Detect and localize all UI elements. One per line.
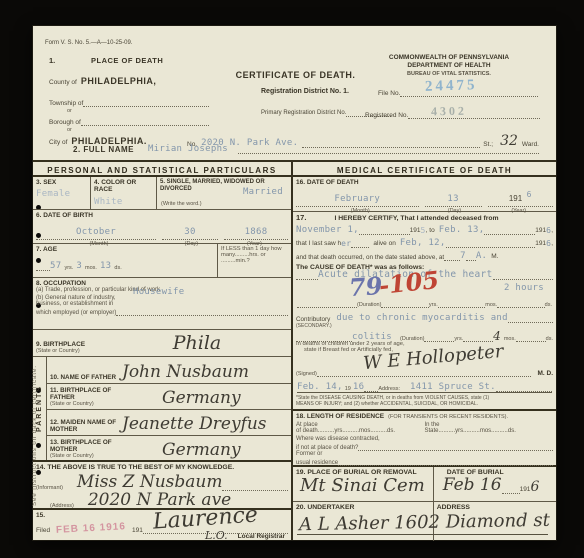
to-word: , to: [426, 227, 435, 234]
father-name-label: 10. NAME OF FATHER: [50, 374, 122, 381]
less-than-one-day-note: If LESS than 1 day how many.........hrs.…: [217, 244, 291, 277]
parents-vertical-label: PARENTS: [36, 385, 43, 432]
or-word: or: [67, 127, 72, 133]
full-name-entry: Mirian Josephs: [148, 144, 228, 154]
full-name-label: 2. FULL NAME: [73, 145, 134, 154]
death-occurred-label: and that death occurred, on the date sta…: [296, 254, 444, 261]
dod-day-entry: 13: [447, 194, 458, 204]
dotted-leader: [36, 262, 50, 271]
certificate-header: Form V. S. No. 5.—A—10-25-09. 1. PLACE O…: [33, 26, 556, 160]
dotted-leader: [116, 307, 288, 316]
contributory-label: Contributory: [296, 316, 330, 323]
dotted-leader: [484, 226, 535, 235]
comma: ,: [551, 227, 553, 234]
dotted-leader: [446, 239, 536, 248]
state-country-sublabel: (State or Country): [50, 453, 122, 459]
item-1-number: 1.: [49, 57, 55, 66]
dod-month-entry: February: [334, 194, 380, 204]
dotted-leader: [222, 482, 288, 491]
file-no-label: File No.: [378, 90, 400, 97]
year-sublabel: (Year): [484, 208, 553, 214]
certificate-title: CERTIFICATE OF DEATH.: [223, 70, 368, 80]
father-birthplace-row: 11. BIRTHPLACE OF FATHER (State or Count…: [47, 383, 291, 409]
registered-no-label: Registered No.: [365, 112, 408, 119]
marital-entry: Married: [243, 187, 283, 197]
file-no-stamp: 24475: [425, 77, 478, 96]
dotted-leader: [338, 457, 553, 466]
occupation-b-label-3: which employed (or employer): [36, 310, 116, 316]
informant-entry: Miss Z Nusbaum: [77, 474, 223, 491]
medical-certificate-column: MEDICAL CERTIFICATE OF DEATH 16. DATE OF…: [293, 160, 556, 540]
father-birthplace-entry: Germany: [162, 390, 241, 407]
age-years-entry: 57: [50, 261, 61, 271]
occupation-row: 8. OCCUPATION (a) Trade, profession, or …: [33, 277, 291, 329]
sex-label: 3. SEX: [36, 179, 87, 186]
dotted-leader: [516, 333, 546, 342]
father-name-entry: John Nusbaum: [122, 364, 249, 381]
death-certificate-scan: See instructions on back of certificate.…: [33, 26, 556, 540]
attended-to-entry: Feb. 13,: [439, 225, 485, 235]
signed-year-entry: 16: [353, 382, 364, 392]
mother-name-entry: Jeanette Dreyfus: [122, 416, 267, 433]
footnote-line2: MEANS OF INJURY; and (2) whether ACCIDEN…: [296, 401, 553, 407]
dotted-leader: [463, 333, 493, 342]
undertaker-entry: A L Asher 1602 Diamond st: [299, 512, 550, 534]
dotted-leader: [438, 299, 485, 308]
yrs-label: yrs.: [454, 336, 463, 342]
mother-birthplace-entry: Germany: [162, 442, 241, 459]
certify-line: I HEREBY CERTIFY, That I attended deceas…: [334, 215, 498, 223]
dotted-leader: [81, 117, 209, 126]
undertaker-label: 20. UNDERTAKER: [296, 504, 430, 512]
mos-label: mos.: [485, 302, 497, 308]
last-saw-date-entry: Feb, 12,: [400, 238, 446, 248]
dotted-leader: [424, 333, 454, 342]
age-days-entry: 13: [100, 261, 111, 271]
county-label: County of: [49, 79, 77, 86]
gender-er-entry: er: [341, 239, 351, 248]
19-label: 19: [345, 386, 351, 392]
personal-particulars-column: PERSONAL AND STATISTICAL PARTICULARS 3. …: [33, 160, 293, 540]
dob-label: 6. DATE OF BIRTH: [36, 212, 288, 219]
primary-registration-label: Primary Registration District No.: [261, 110, 346, 117]
day-sublabel: (Day): [425, 208, 485, 214]
signed-date-entry: Feb. 14,: [297, 382, 343, 392]
commonwealth-line: COMMONWEALTH OF PENNSYLVANIA: [365, 54, 533, 61]
color-race-label: 4. COLOR OR RACE: [94, 179, 153, 194]
informant-row: 14. THE ABOVE IS TRUE TO THE BEST OF MY …: [33, 460, 291, 508]
dotted-leader: [359, 226, 410, 235]
duration-label: (Duration): [400, 336, 424, 342]
county-value: PHILADELPHIA,: [81, 76, 157, 86]
dotted-leader: [408, 110, 540, 119]
age-row: 7. AGE 57 yrs. 3 mos. 13 ds. If LESS tha…: [33, 243, 291, 277]
dotted-leader: [493, 271, 553, 280]
signed-label: (Signed): [296, 371, 317, 377]
dotted-leader: [502, 485, 520, 494]
sex-entry: Female: [36, 189, 87, 199]
death-time-am-entry: A.: [476, 251, 487, 261]
dod-191-label: 191: [509, 194, 522, 203]
attended-from-entry: November 1,: [296, 225, 359, 235]
birthplace-label: 9. BIRTHPLACE: [36, 341, 106, 348]
place-of-death-label: PLACE OF DEATH: [91, 57, 163, 66]
dotted-leader: [296, 333, 352, 342]
state-country-sublabel: (State or Country): [36, 348, 106, 354]
father-name-row: 10. NAME OF FATHER John Nusbaum: [47, 357, 291, 383]
local-registrar-label: Local Registrar: [238, 533, 285, 540]
state-country-sublabel: (State or Country): [50, 401, 122, 407]
parents-block: PARENTS 10. NAME OF FATHER John Nusbaum …: [33, 356, 291, 460]
191-label: 191: [535, 240, 546, 247]
cause-of-death-block: Acute dilatation of the heart 79 -105 2 …: [293, 267, 556, 311]
residence-label: 18. LENGTH OF RESIDENCE: [296, 413, 384, 420]
md-label: M. D.: [537, 370, 553, 377]
age-label: 7. AGE: [36, 246, 214, 253]
filed-label: Filed: [36, 527, 50, 534]
cause-duration-entry: 2 hours: [504, 283, 544, 293]
city-label: City of: [49, 139, 67, 146]
mos-label: mos.: [85, 265, 97, 271]
dod-year-digit-entry: 6: [527, 190, 532, 199]
dotted-leader: [381, 299, 428, 308]
month-sublabel: (Month): [296, 208, 425, 214]
filed-191-label: 191: [132, 527, 143, 534]
registrar-signature-initials: L.O.: [205, 530, 228, 541]
age-months-entry: 3: [76, 261, 82, 271]
medical-section-title: MEDICAL CERTIFICATE OF DEATH: [293, 160, 556, 177]
personal-section-title: PERSONAL AND STATISTICAL PARTICULARS: [33, 160, 291, 177]
yrs-label: yrs.: [429, 302, 438, 308]
dod-label: 16. DATE OF DEATH: [296, 179, 553, 186]
dotted-leader: [358, 442, 553, 451]
dob-month-entry: October: [76, 227, 116, 237]
bureau-line: BUREAU OF VITAL STATISTICS.: [365, 71, 533, 77]
underline: [297, 534, 548, 535]
duration-label: (Duration): [357, 302, 381, 308]
marital-note: (Write the word.): [161, 201, 202, 207]
ds-label: ds.: [545, 302, 552, 308]
commonwealth-block: COMMONWEALTH OF PENNSYLVANIA DEPARTMENT …: [365, 54, 533, 77]
former-line2: usual residence: [296, 460, 338, 466]
mother-birthplace-row: 13. BIRTHPLACE OF MOTHER (State or Count…: [47, 435, 291, 461]
comma: ,: [551, 240, 553, 247]
dotted-leader: [296, 271, 318, 280]
last-saw-label: that I last saw h: [296, 240, 341, 247]
borough-label: Borough of: [49, 119, 81, 126]
physician-signed-row: (Signed) M. D. W E Hollopeter: [293, 355, 556, 379]
of-death-line: of death..........yrs..........mos......…: [296, 428, 425, 434]
contributory-block: Contributory due to chronic myocarditis …: [293, 311, 556, 341]
date-of-birth-row: 6. DATE OF BIRTH October 30 1868 (Month)…: [33, 209, 291, 243]
birthplace-row: 9. BIRTHPLACE (State or Country) Phila: [33, 329, 291, 356]
physician-date-address-row: Feb. 14, 19 16 Address: 1411 Spruce St.: [297, 379, 552, 393]
contributory-entry-line1: due to chronic myocarditis and: [336, 313, 508, 323]
burial-place-entry: Mt Sinai Cem: [300, 475, 425, 496]
sex-color-marital-row: 3. SEX Female 4. COLOR OR RACE White 5. …: [33, 177, 291, 209]
filed-date-stamp: FEB 16 1916: [56, 522, 126, 537]
township-label: Township of: [49, 100, 83, 107]
burial-date-entry: Feb 16: [443, 477, 502, 494]
dotted-leader: [466, 252, 476, 261]
mother-name-label: 12. MAIDEN NAME OF MOTHER: [50, 419, 122, 433]
dotted-leader: [317, 368, 532, 377]
dotted-leader: [496, 383, 552, 392]
dotted-leader: [351, 239, 369, 248]
form-number: Form V. S. No. 5.—A—10-25-09.: [45, 40, 132, 47]
informant-heading: 14. THE ABOVE IS TRUE TO THE BEST OF MY …: [36, 464, 288, 472]
dotted-leader: [238, 145, 539, 154]
dotted-leader: [297, 299, 357, 308]
length-of-residence-block: 18. LENGTH OF RESIDENCE (FOR TRANSIENTS …: [293, 409, 556, 465]
dob-day-entry: 30: [184, 227, 195, 237]
physician-address-entry: 1411 Spruce St.: [410, 382, 496, 392]
address-label: Address:: [378, 386, 400, 392]
dotted-leader: [497, 299, 544, 308]
informant-label: (Informant): [36, 485, 63, 491]
secondary-sublabel: (SECONDARY.): [296, 323, 553, 329]
cause-footnote: *State the DISEASE CAUSING DEATH, or in …: [293, 393, 556, 409]
filed-row: 15. Filed FEB 16 1916 191 Laurence L.O. …: [33, 508, 291, 544]
contributory-entry-line2: colitis: [352, 332, 392, 342]
code-105-annotation: -105: [378, 268, 440, 298]
residence-note: (FOR TRANSIENTS OR RECENT RESIDENTS).: [388, 414, 508, 420]
registered-no-stamp: 4302: [431, 104, 467, 120]
registration-district: Registration District No. 1.: [261, 88, 349, 96]
mos-label: mos.: [504, 336, 516, 342]
yrs-label: yrs.: [64, 265, 73, 271]
color-race-entry: White: [94, 197, 153, 207]
mother-name-row: 12. MAIDEN NAME OF MOTHER Jeanette Dreyf…: [47, 409, 291, 435]
occupation-entry: Housewife: [133, 287, 184, 297]
undertaker-row: 20. UNDERTAKER ADDRESS A L Asher 1602 Di…: [293, 501, 556, 541]
date-of-death-row: 16. DATE OF DEATH February 13 191 6 (Mon…: [293, 177, 556, 211]
ds-label: ds.: [546, 336, 553, 342]
burial-row: 19. PLACE OF BURIAL OR REMOVAL Mt Sinai …: [293, 465, 556, 501]
ds-label: ds.: [114, 265, 121, 271]
dotted-leader: [508, 314, 553, 323]
m-label: M.: [491, 253, 498, 260]
certify-paragraph: 17. I HEREBY CERTIFY, That I attended de…: [293, 211, 556, 267]
mother-birthplace-label: 13. BIRTHPLACE OF MOTHER: [50, 439, 122, 453]
191-label: 191: [535, 227, 546, 234]
191-label: 191: [520, 486, 531, 493]
item-17-number: 17.: [296, 214, 306, 223]
alive-on-label: alive on: [373, 240, 395, 247]
department-line: DEPARTMENT OF HEALTH: [365, 62, 533, 69]
dotted-leader: [444, 252, 460, 261]
dotted-leader: [364, 383, 378, 392]
or-word: or: [67, 108, 72, 114]
father-birthplace-label: 11. BIRTHPLACE OF FATHER: [50, 387, 122, 401]
burial-year-digit: 6: [530, 480, 539, 494]
dotted-leader: [83, 98, 209, 107]
191-label: 191: [410, 227, 421, 234]
dob-year-entry: 1868: [245, 227, 268, 237]
state-line: State..........yrs..........mos.........…: [425, 428, 554, 434]
birthplace-entry: Phila: [173, 332, 222, 354]
